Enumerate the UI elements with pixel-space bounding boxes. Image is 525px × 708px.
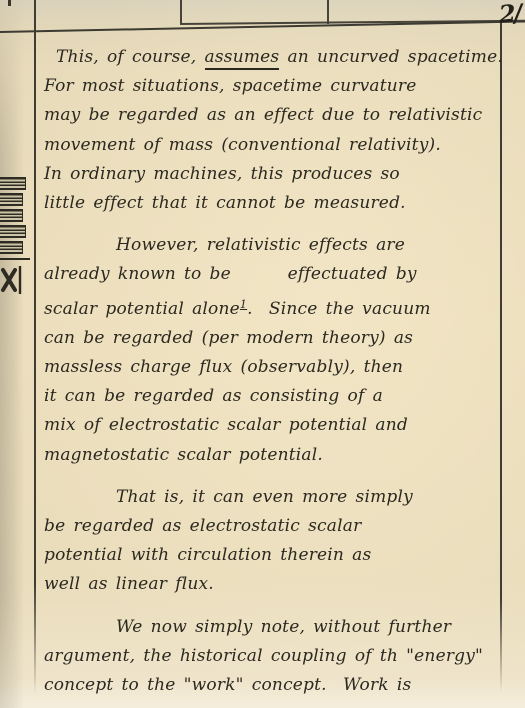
handwritten-line: That is, it can even more simply: [44, 483, 516, 512]
handwritten-line: scalar potential alone1. Since the vacuu…: [44, 290, 516, 324]
handwritten-line: little effect that it cannot be measured…: [44, 189, 516, 218]
left-margin-rule: [34, 0, 36, 694]
edge-stamp-marks: [0, 177, 32, 295]
handwritten-line: For most situations, spacetime curvature: [44, 72, 516, 101]
handwritten-line: well as linear flux.: [44, 570, 516, 599]
handwritten-segment: This, of course,: [56, 47, 205, 67]
page-left-edge-shadow: [0, 0, 24, 708]
handwritten-segment: an uncurved spacetime.: [279, 47, 503, 67]
scanned-notebook-page: 2/ This, of course, assumes an uncurved …: [0, 0, 525, 708]
stamp-block-icon: [0, 193, 23, 206]
handwritten-line: already known to be effectuated by: [44, 260, 516, 289]
handwritten-line: magnetostatic scalar potential.: [44, 441, 516, 470]
header-tick-rule-2: [327, 0, 329, 24]
stamp-block-icon: [0, 209, 23, 222]
header-tick-rule-1: [180, 0, 182, 23]
stamp-divider-rule: [0, 258, 30, 260]
handwritten-line: This, of course, assumes an uncurved spa…: [44, 43, 516, 72]
handwritten-underline-segment: assumes: [205, 47, 280, 70]
handwriting: This, of course, assumes an uncurved spa…: [44, 43, 516, 700]
page-number: 2/: [498, 0, 522, 29]
handwritten-line: massless charge flux (observably), then: [44, 353, 516, 382]
stamp-block-icon: [0, 241, 23, 254]
handwritten-line: movement of mass (conventional relativit…: [44, 131, 516, 160]
handwritten-line: potential with circulation therein as: [44, 541, 516, 570]
handwritten-line: In ordinary machines, this produces so: [44, 160, 516, 189]
handwritten-line: may be regarded as an effect due to rela…: [44, 101, 516, 130]
handwritten-line: can be regarded (per modern theory) as: [44, 324, 516, 353]
propeller-cross-icon: [0, 265, 26, 295]
stamp-block-icon: [0, 225, 26, 238]
top-edge-tick: [8, 0, 11, 6]
handwritten-line: it can be regarded as consisting of a: [44, 382, 516, 411]
handwritten-line: We now simply note, without further: [44, 613, 516, 642]
stamp-block-icon: [0, 177, 26, 190]
handwritten-segment: . Since the vacuum: [247, 299, 431, 319]
handwritten-line: mix of electrostatic scalar potential an…: [44, 411, 516, 440]
handwritten-segment: scalar potential alone: [44, 299, 240, 319]
handwritten-line: However, relativistic effects are: [44, 231, 516, 260]
handwritten-line: be regarded as electrostatic scalar: [44, 512, 516, 541]
handwritten-line: concept to the "work" concept. Work is: [44, 671, 516, 700]
handwritten-line: argument, the historical coupling of th …: [44, 642, 516, 671]
